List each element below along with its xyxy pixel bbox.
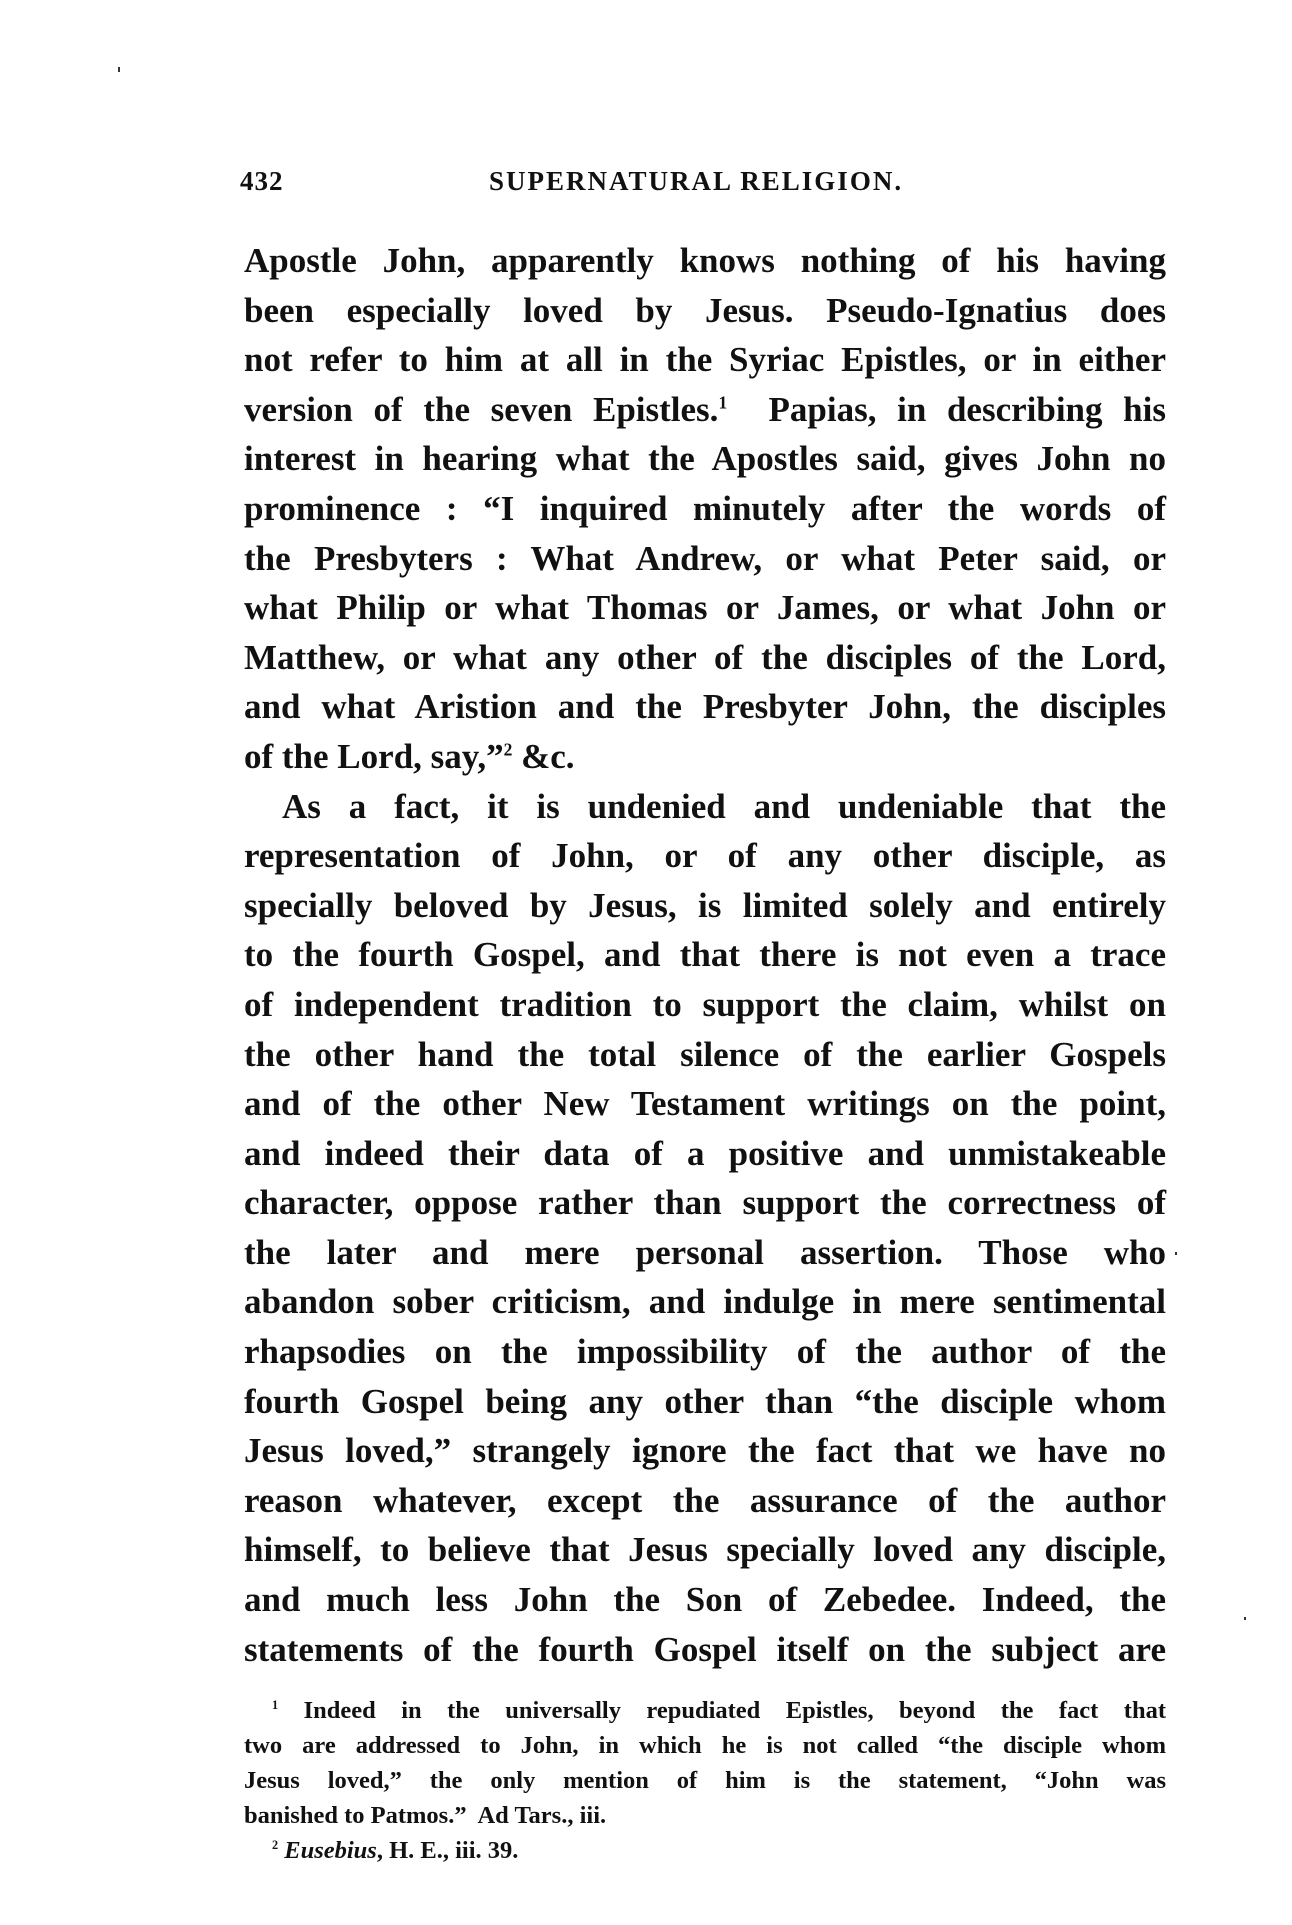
- text-line: abandon sober criticism, and indulge in …: [244, 1277, 1166, 1327]
- text-line: and much less John the Son of Zebedee. I…: [244, 1575, 1166, 1625]
- book-page: 432 SUPERNATURAL RELIGION. Apostle John,…: [0, 0, 1292, 1925]
- text-line: and indeed their data of a positive and …: [244, 1129, 1166, 1179]
- text-line: the Presbyters : What Andrew, or what Pe…: [244, 534, 1166, 584]
- running-title: SUPERNATURAL RELIGION.: [489, 166, 903, 197]
- text-line: Matthew, or what any other of the discip…: [244, 633, 1166, 683]
- text-line: and what Aristion and the Presbyter John…: [244, 682, 1166, 732]
- text-line: Apostle John, apparently knows nothing o…: [244, 236, 1166, 286]
- footnotes: 1 Indeed in the universally repudiated E…: [244, 1693, 1166, 1868]
- footnote-1: 1 Indeed in the universally repudiated E…: [244, 1693, 1166, 1833]
- text-line: reason whatever, except the assurance of…: [244, 1476, 1166, 1526]
- text-line: not refer to him at all in the Syriac Ep…: [244, 335, 1166, 385]
- paragraph: As a fact, it is undenied and undeniable…: [244, 782, 1166, 1675]
- text-line: to the fourth Gospel, and that there is …: [244, 930, 1166, 980]
- text-line: of the Lord, say,”2 &c.: [244, 732, 1166, 782]
- text-line: and of the other New Testament writings …: [244, 1079, 1166, 1129]
- text-span: Indeed in the universally repudiated Epi…: [304, 1697, 1166, 1724]
- text-span: version of the seven Epistles.: [244, 390, 718, 429]
- running-header: 432 SUPERNATURAL RELIGION.: [240, 166, 1164, 206]
- text-line: the other hand the total silence of the …: [244, 1030, 1166, 1080]
- text-line: the later and mere personal assertion. T…: [244, 1228, 1166, 1278]
- footnote-2: 2 Eusebius, H. E., iii. 39.: [244, 1833, 1166, 1868]
- footnote-line: banished to Patmos.” Ad Tars., iii.: [244, 1798, 1166, 1833]
- footnote-line: Jesus loved,” the only mention of him is…: [244, 1763, 1166, 1798]
- scan-speck: [1244, 1617, 1246, 1620]
- scan-speck: [118, 67, 120, 72]
- footnote-line: 2 Eusebius, H. E., iii. 39.: [244, 1833, 1166, 1868]
- text-line: interest in hearing what the Apostles sa…: [244, 434, 1166, 484]
- text-line: himself, to believe that Jesus specially…: [244, 1525, 1166, 1575]
- text-line: As a fact, it is undenied and undeniable…: [244, 782, 1166, 832]
- author-name: Eusebius: [284, 1837, 377, 1864]
- text-span: Papias, in describing his: [727, 390, 1166, 429]
- text-line: what Philip or what Thomas or James, or …: [244, 583, 1166, 633]
- footnote-ref-1[interactable]: 1: [718, 392, 727, 412]
- text-line: fourth Gospel being any other than “the …: [244, 1377, 1166, 1427]
- text-line: prominence : “I inquired minutely after …: [244, 484, 1166, 534]
- text-line: version of the seven Epistles.1 Papias, …: [244, 385, 1166, 435]
- text-line: statements of the fourth Gospel itself o…: [244, 1625, 1166, 1675]
- text-line: Jesus loved,” strangely ignore the fact …: [244, 1426, 1166, 1476]
- text-span: , H. E., iii. 39.: [377, 1837, 519, 1864]
- footnote-line: 1 Indeed in the universally repudiated E…: [244, 1693, 1166, 1728]
- scan-speck: [1175, 1252, 1177, 1255]
- paragraph: Apostle John, apparently knows nothing o…: [244, 236, 1166, 782]
- text-span: of the Lord, say,”: [244, 737, 504, 776]
- body-text: Apostle John, apparently knows nothing o…: [244, 236, 1166, 1674]
- text-line: character, oppose rather than support th…: [244, 1178, 1166, 1228]
- text-line: been especially loved by Jesus. Pseudo-I…: [244, 286, 1166, 336]
- footnote-marker: 2: [272, 1838, 278, 1852]
- text-span: &c.: [512, 737, 574, 776]
- text-line: rhapsodies on the impossibility of the a…: [244, 1327, 1166, 1377]
- text-line: of independent tradition to support the …: [244, 980, 1166, 1030]
- footnote-line: two are addressed to John, in which he i…: [244, 1728, 1166, 1763]
- text-line: specially beloved by Jesus, is limited s…: [244, 881, 1166, 931]
- footnote-marker: 1: [272, 1698, 278, 1712]
- text-line: representation of John, or of any other …: [244, 831, 1166, 881]
- page-number: 432: [240, 166, 284, 197]
